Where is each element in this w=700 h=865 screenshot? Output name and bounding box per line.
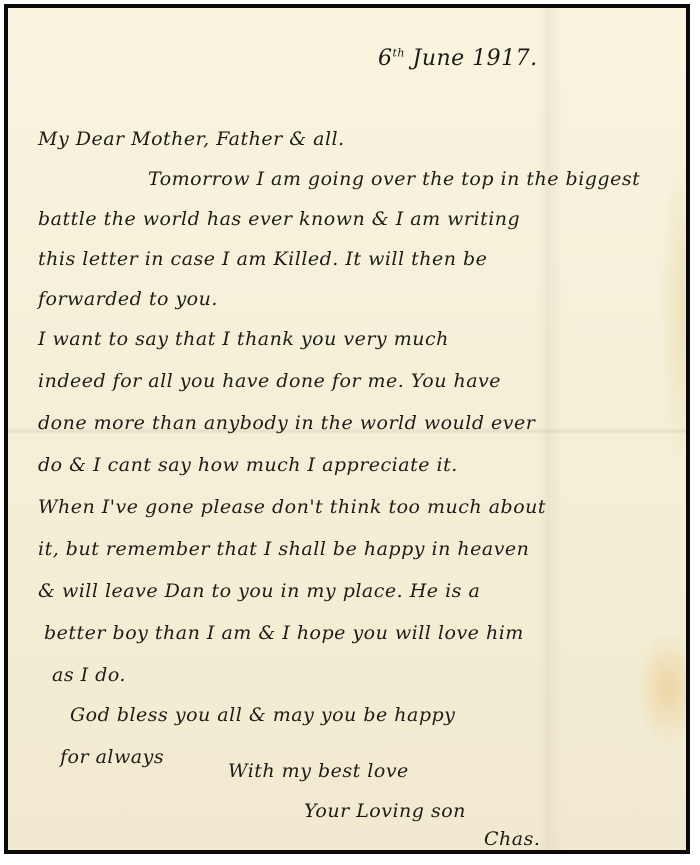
salutation: My Dear Mother, Father & all. [38,128,345,150]
date-day: 6 [378,46,393,71]
letter-frame: 6th June 1917. My Dear Mother, Father & … [4,4,690,854]
letter-line: this letter in case I am Killed. It will… [38,248,487,270]
letter-line: & will leave Dan to you in my place. He … [38,580,480,602]
letter-date: 6th June 1917. [378,46,538,71]
letter-line: done more than anybody in the world woul… [38,412,535,434]
date-month-year: June 1917. [413,46,538,71]
letter-line: do & I cant say how much I appreciate it… [38,454,458,476]
letter-line: indeed for all you have done for me. You… [38,370,501,392]
letter-line: battle the world has ever known & I am w… [38,208,520,230]
letter-line: for always [60,746,164,768]
signature: Chas. [484,828,540,850]
letter-line: forwarded to you. [38,288,218,310]
letter-line: God bless you all & may you be happy [70,704,455,726]
letter-line: I want to say that I thank you very much [38,328,449,350]
letter-line: Tomorrow I am going over the top in the … [148,168,640,190]
letter-line: better boy than I am & I hope you will l… [44,622,524,644]
closing: With my best love [228,760,409,782]
letter-line: When I've gone please don't think too mu… [38,496,546,518]
sign-off: Your Loving son [304,800,466,822]
letter-line: as I do. [52,664,126,686]
date-suffix: th [393,47,406,60]
letter-line: it, but remember that I shall be happy i… [38,538,529,560]
